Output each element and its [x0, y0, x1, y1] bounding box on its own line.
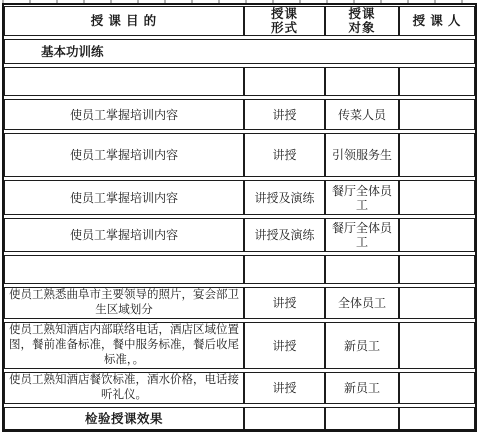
cell-teacher [399, 99, 475, 130]
table-row: 使员工熟知酒店餐饮标准，酒水价格，电话接听礼仪。讲授新员工 [4, 372, 475, 404]
cell-form [244, 255, 325, 284]
cell-form: 讲授 [244, 322, 325, 369]
cell-target: 餐厅全体员工 [325, 180, 399, 215]
cell-target [325, 407, 399, 431]
cell-purpose [4, 67, 244, 96]
cell-teacher [399, 255, 475, 284]
header-course-instructor: 授 课 人 [399, 6, 475, 36]
cell-target: 新员工 [325, 322, 399, 369]
section-title-cell: 基本功训练 [4, 39, 475, 64]
cell-purpose: 使员工熟知酒店餐饮标准，酒水价格，电话接听礼仪。 [4, 372, 244, 404]
table-row: 使员工熟知酒店内部联络电话，酒店区域位置图，餐前准备标准，餐中服务标准，餐后收尾… [4, 322, 475, 369]
cell-target: 引领服务生 [325, 133, 399, 177]
table-row: 检验授课效果 [4, 407, 475, 431]
cell-purpose: 使员工掌握培训内容 [4, 218, 244, 252]
cell-teacher [399, 180, 475, 215]
header-course-purpose: 授 课 目 的 [4, 6, 244, 36]
cell-form [244, 67, 325, 96]
cell-teacher [399, 322, 475, 369]
cell-purpose [4, 255, 244, 284]
summary-title-cell: 检验授课效果 [4, 407, 244, 431]
cell-target [325, 67, 399, 96]
cell-teacher [399, 67, 475, 96]
cell-form [244, 407, 325, 431]
cell-target: 传菜人员 [325, 99, 399, 130]
cell-purpose: 使员工掌握培训内容 [4, 180, 244, 215]
table-row: 使员工掌握培训内容讲授及演练餐厅全体员工 [4, 180, 475, 215]
cell-form: 讲授 [244, 372, 325, 404]
header-row: 授 课 目 的 授课 形式 授课 对象 授 课 人 [4, 6, 475, 36]
cell-teacher [399, 407, 475, 431]
table-row [4, 255, 475, 284]
cell-purpose: 使员工掌握培训内容 [4, 99, 244, 130]
training-schedule-table: 授 课 目 的 授课 形式 授课 对象 授 课 人 基本功训练使员工掌握培训内容… [4, 3, 475, 432]
table-row: 使员工熟悉曲阜市主要领导的照片，宴会部卫生区域划分讲授全体员工 [4, 287, 475, 319]
cell-form: 讲授 [244, 287, 325, 319]
table-row: 使员工掌握培训内容讲授及演练餐厅全体员工 [4, 218, 475, 252]
cell-form: 讲授 [244, 133, 325, 177]
cell-purpose: 使员工熟悉曲阜市主要领导的照片，宴会部卫生区域划分 [4, 287, 244, 319]
cell-target [325, 255, 399, 284]
cell-purpose: 使员工熟知酒店内部联络电话，酒店区域位置图，餐前准备标准，餐中服务标准，餐后收尾… [4, 322, 244, 369]
cell-form: 讲授 [244, 99, 325, 130]
cell-form: 讲授及演练 [244, 218, 325, 252]
table-row: 使员工掌握培训内容讲授引领服务生 [4, 133, 475, 177]
cell-teacher [399, 372, 475, 404]
scanned-document-page: 授 课 目 的 授课 形式 授课 对象 授 课 人 基本功训练使员工掌握培训内容… [0, 0, 479, 432]
cell-purpose: 使员工掌握培训内容 [4, 133, 244, 177]
cell-teacher [399, 133, 475, 177]
table-row: 基本功训练 [4, 39, 475, 64]
training-schedule-table-border: 授 课 目 的 授课 形式 授课 对象 授 课 人 基本功训练使员工掌握培训内容… [2, 3, 477, 432]
cell-target: 全体员工 [325, 287, 399, 319]
cell-form: 讲授及演练 [244, 180, 325, 215]
table-row [4, 67, 475, 96]
cell-target: 餐厅全体员工 [325, 218, 399, 252]
header-course-audience: 授课 对象 [325, 6, 399, 36]
cell-teacher [399, 218, 475, 252]
cell-target: 新员工 [325, 372, 399, 404]
cell-teacher [399, 287, 475, 319]
header-course-format: 授课 形式 [244, 6, 325, 36]
table-row: 使员工掌握培训内容讲授传菜人员 [4, 99, 475, 130]
